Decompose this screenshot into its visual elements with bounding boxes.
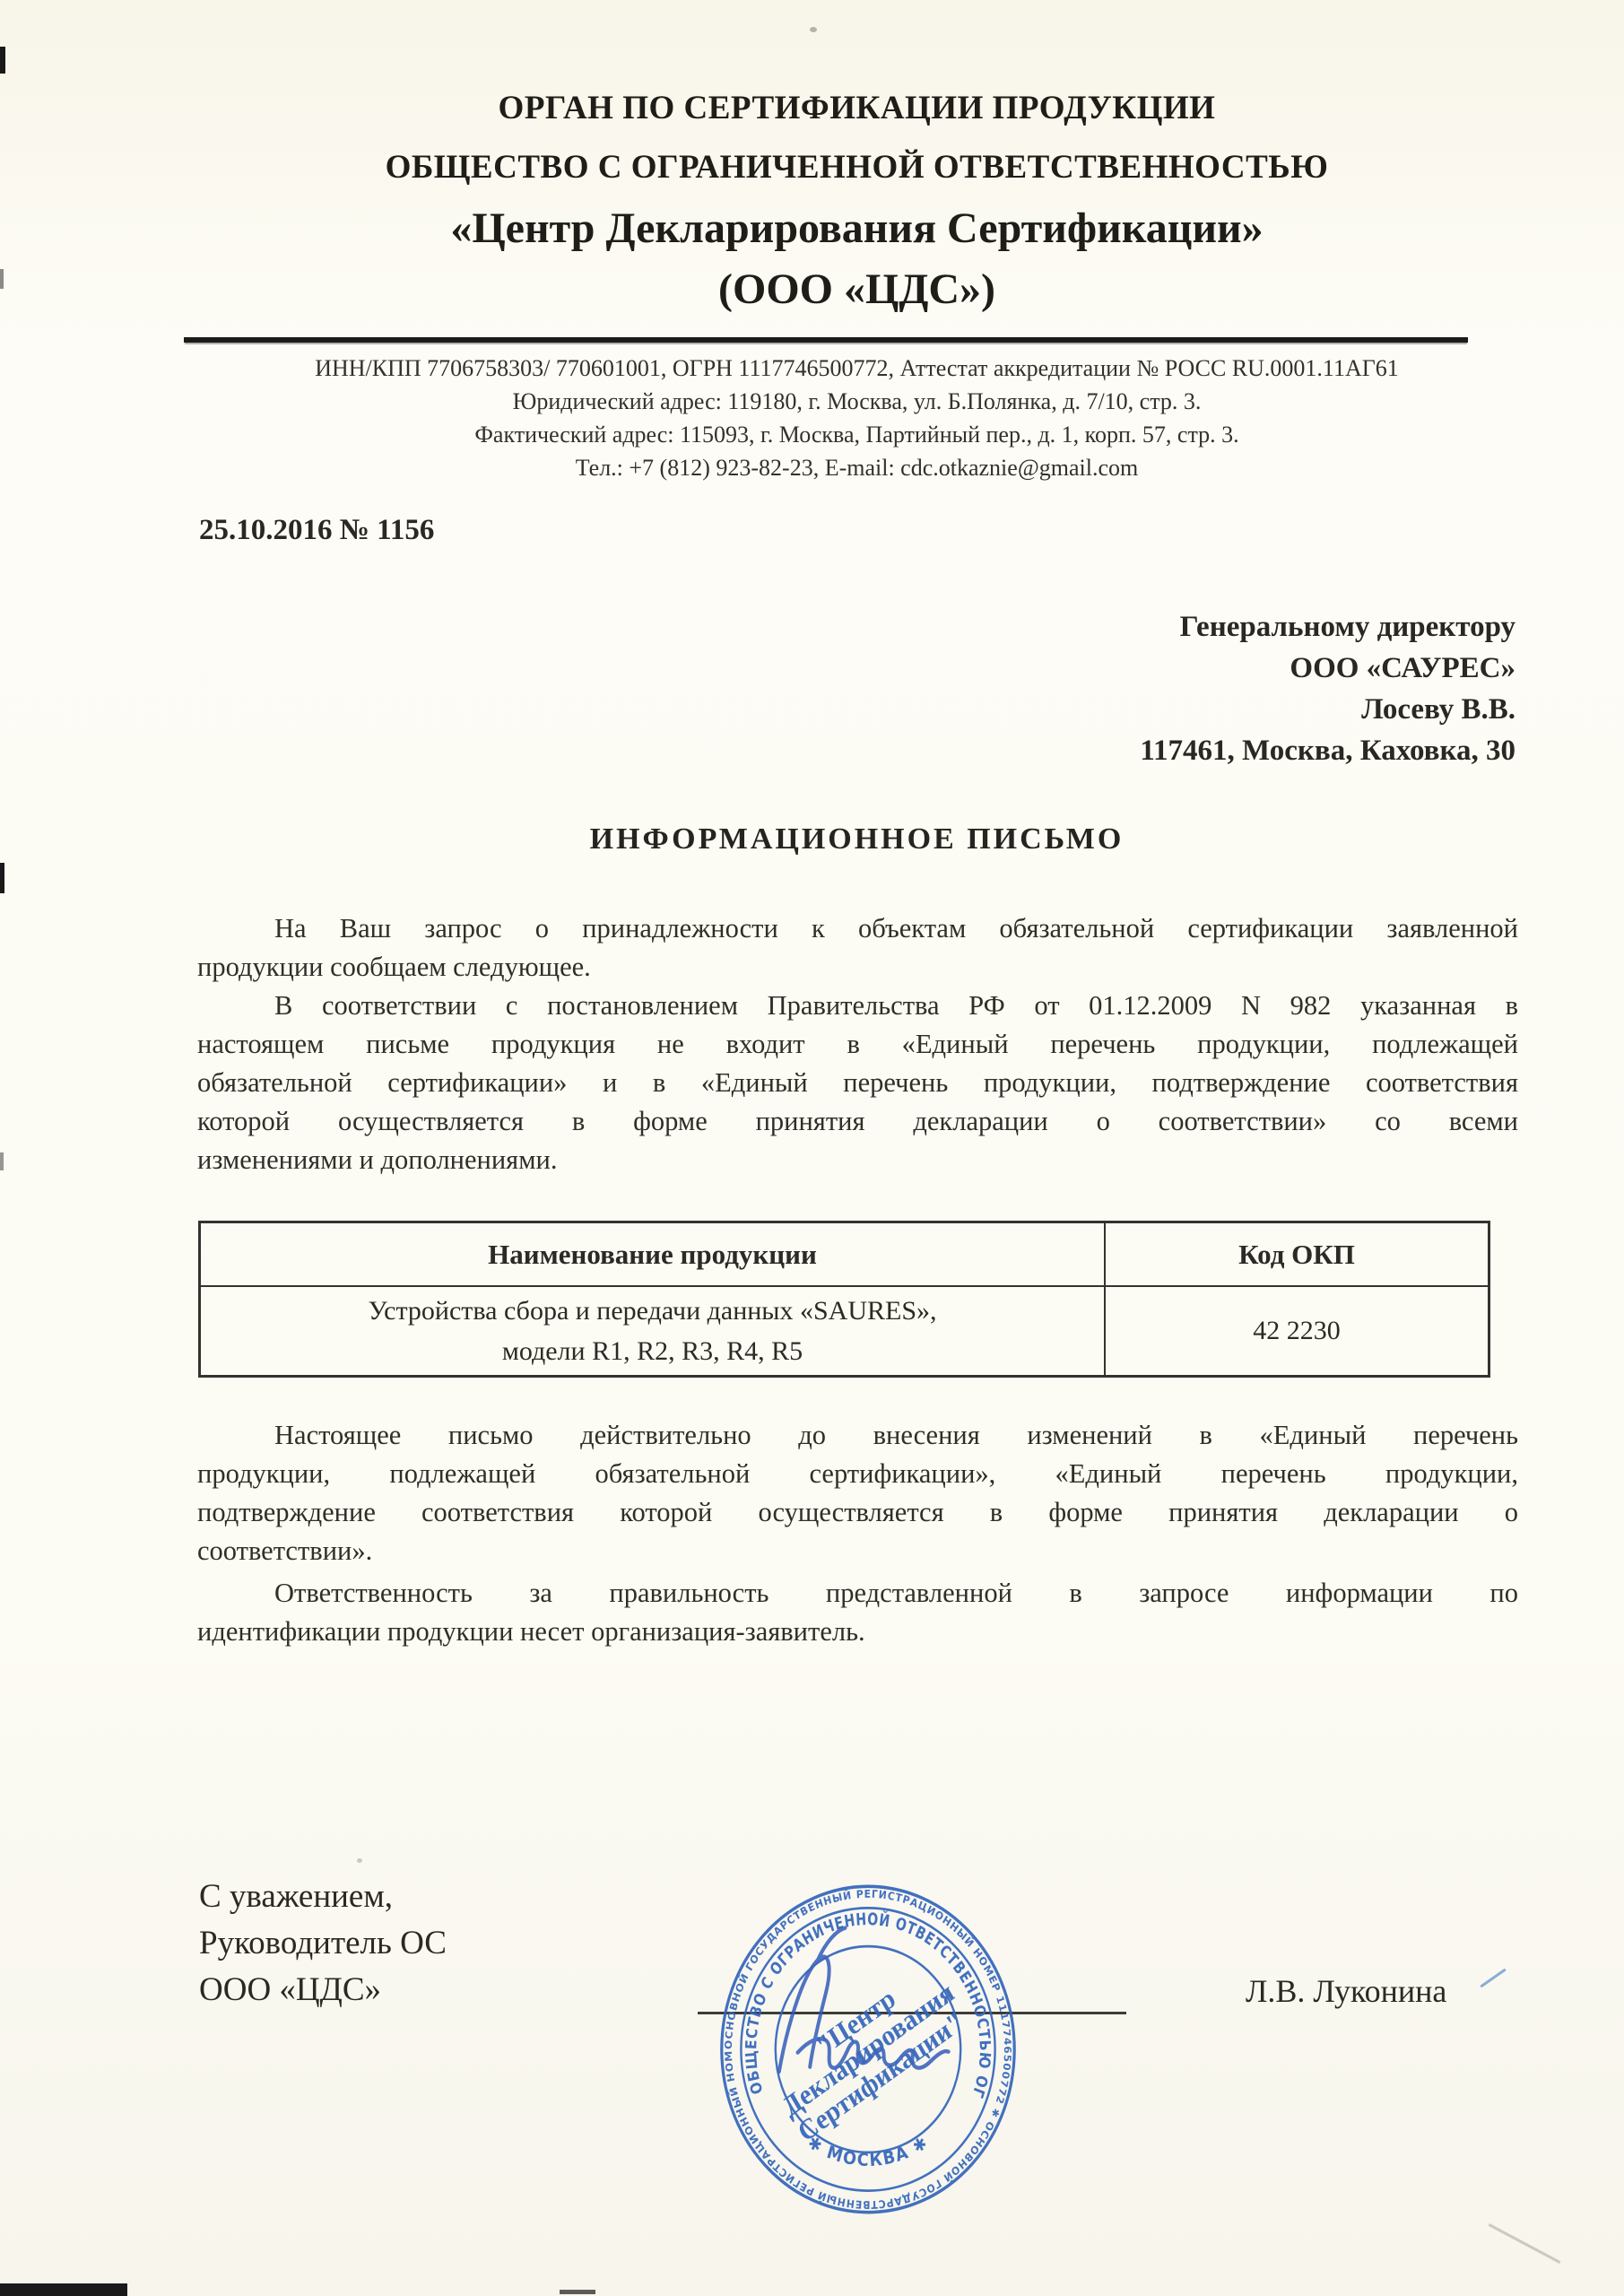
paragraph-line: идентификации продукции несет организаци…	[197, 1613, 1518, 1651]
paragraph-line: На Ваш запрос о принадлежности к объекта…	[197, 909, 1518, 948]
closing-company: ООО «ЦДС»	[199, 1967, 447, 2013]
addressee-block: Генеральному директору ООО «САУРЕС» Лосе…	[1140, 606, 1515, 771]
requisites-phone-email: Тел.: +7 (812) 923-82-23, E-mail: cdc.ot…	[197, 451, 1516, 484]
scan-artifact	[357, 1858, 362, 1863]
paragraph-line: Настоящее письмо действительно до внесен…	[197, 1416, 1518, 1455]
stamp-city-text: ✱ МОСКВА ✱	[804, 2133, 932, 2171]
requisites-block: ИНН/КПП 7706758303/ 770601001, ОГРН 1117…	[197, 352, 1516, 484]
letterhead-divider	[184, 337, 1468, 343]
scan-artifact	[0, 2283, 127, 2296]
column-header-okp: Код ОКП	[1105, 1222, 1489, 1287]
body-paragraphs-2: Настоящее письмо действительно до внесен…	[197, 1416, 1518, 1651]
paragraph-line: которой осуществляется в форме принятия …	[197, 1102, 1518, 1141]
org-type-line: ОРГАН ПО СЕРТИФИКАЦИИ ПРОДУКЦИИ	[197, 88, 1516, 129]
table-row: Устройства сбора и передачи данных «SAUR…	[200, 1286, 1489, 1377]
org-form-line: ОБЩЕСТВО С ОГРАНИЧЕННОЙ ОТВЕТСТВЕННОСТЬЮ	[197, 147, 1516, 188]
requisites-inn-line: ИНН/КПП 7706758303/ 770601001, ОГРН 1117…	[197, 352, 1516, 385]
paragraph-line: Ответственность за правильность представ…	[197, 1574, 1518, 1613]
product-name-line1: Устройства сбора и передачи данных «SAUR…	[201, 1291, 1104, 1331]
letter-title: ИНФОРМАЦИОННОЕ ПИСЬМО	[197, 822, 1516, 857]
closing-position: Руководитель ОС	[199, 1920, 447, 1967]
paragraph-line: В соответствии с постановлением Правител…	[197, 987, 1518, 1025]
paragraph-line: продукции сообщаем следующее.	[197, 948, 1518, 987]
product-name-line2: модели R1, R2, R3, R4, R5	[201, 1331, 1104, 1371]
table-header-row: Наименование продукции Код ОКП	[200, 1222, 1489, 1287]
paragraph-line: настоящем письме продукция не входит в «…	[197, 1025, 1518, 1064]
scan-artifact	[1489, 2223, 1561, 2264]
org-name-line: «Центр Декларирования Сертификации»	[197, 201, 1516, 257]
addressee-position: Генеральному директору	[1140, 606, 1515, 648]
closing-block: С уважением, Руководитель ОС ООО «ЦДС»	[199, 1874, 447, 2013]
letterhead: ОРГАН ПО СЕРТИФИКАЦИИ ПРОДУКЦИИ ОБЩЕСТВО…	[197, 88, 1516, 317]
requisites-legal-address: Юридический адрес: 119180, г. Москва, ул…	[197, 385, 1516, 418]
signer-name: Л.В. Луконина	[1246, 1972, 1446, 2010]
scan-artifact	[560, 2290, 595, 2294]
pen-mark	[1480, 1969, 1507, 1988]
scan-artifact	[810, 27, 817, 32]
addressee-company: ООО «САУРЕС»	[1140, 648, 1515, 689]
scan-artifact	[0, 1152, 4, 1170]
org-short-name-line: (ООО «ЦДС»)	[197, 262, 1516, 317]
product-name-cell: Устройства сбора и передачи данных «SAUR…	[200, 1286, 1106, 1377]
scan-artifact	[0, 269, 4, 289]
paragraph-line: подтверждение соответствия которой осуще…	[197, 1493, 1518, 1532]
paragraph-line: продукции, подлежащей обязательной серти…	[197, 1455, 1518, 1493]
column-header-product: Наименование продукции	[200, 1222, 1106, 1287]
scan-artifact	[0, 47, 5, 74]
paragraph-line: обязательной сертификации» и в «Единый п…	[197, 1064, 1518, 1102]
date-number-line: 25.10.2016 № 1156	[199, 514, 434, 547]
closing-regards: С уважением,	[199, 1874, 447, 1920]
scanned-letter-page: ОРГАН ПО СЕРТИФИКАЦИИ ПРОДУКЦИИ ОБЩЕСТВО…	[0, 0, 1624, 2296]
product-table: Наименование продукции Код ОКП Устройств…	[198, 1221, 1490, 1378]
company-stamp-icon: ОСНОВНОЙ ГОСУДАРСТВЕННЫЙ РЕГИСТРАЦИОННЫЙ…	[717, 1882, 1019, 2217]
okp-code-cell: 42 2230	[1105, 1286, 1489, 1377]
addressee-address: 117461, Москва, Каховка, 30	[1140, 730, 1515, 771]
body-paragraphs-1: На Ваш запрос о принадлежности к объекта…	[197, 909, 1518, 1179]
scan-artifact	[0, 863, 4, 893]
addressee-person: Лосеву В.В.	[1140, 689, 1515, 730]
paragraph-line: изменениями и дополнениями.	[197, 1141, 1518, 1179]
paragraph-line: соответствии».	[197, 1532, 1518, 1570]
requisites-actual-address: Фактический адрес: 115093, г. Москва, Па…	[197, 418, 1516, 451]
